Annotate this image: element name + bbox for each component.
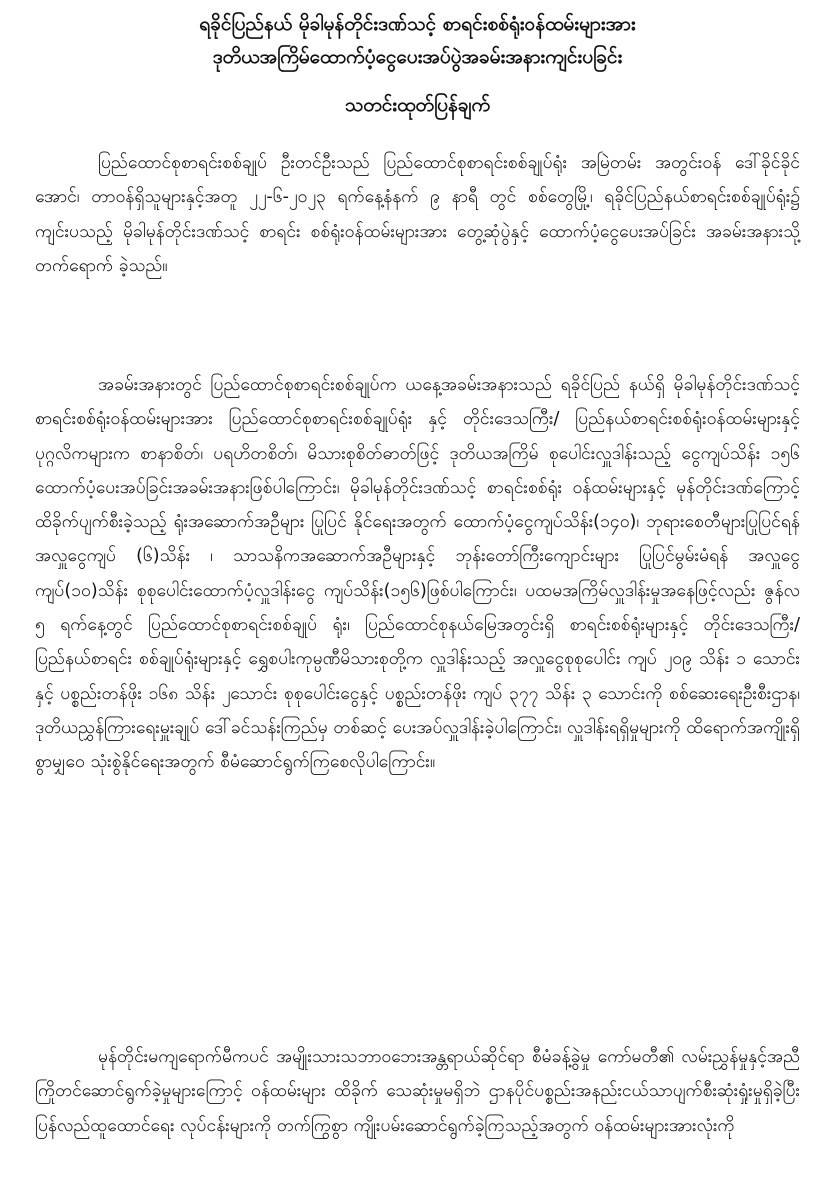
press-release-subtitle: သတင်းထုတ်ပြန်ချက် [0,89,835,122]
document-title-line-1: ရခိုင်ပြည်နယ် မိုခါမုန်တိုင်းဒဏ်သင့် စာရ… [0,8,835,41]
document-title-line-2: ဒုတိယအကြိမ်ထောက်ပံ့ငွေပေးအပ်ပွဲအခမ်းအနား… [0,41,835,74]
title-block: ရခိုင်ပြည်နယ် မိုခါမုန်တိုင်းဒဏ်သင့် စာရ… [0,8,835,122]
body-paragraph-3: မုန်တိုင်းမကျရောက်မီကပင် အမျိုးသားသဘာဝဘေ… [35,1040,800,1143]
body-paragraph-1: ပြည်ထောင်စုစာရင်းစစ်ချုပ် ဦးတင်ဦးသည် ပြည… [35,146,800,283]
document-page: ရခိုင်ပြည်နယ် မိုခါမုန်တိုင်းဒဏ်သင့် စာရ… [0,0,835,1200]
body-paragraph-2: အခမ်းအနားတွင် ပြည်ထောင်စုစာရင်းစစ်ချုပ်က… [35,368,800,780]
